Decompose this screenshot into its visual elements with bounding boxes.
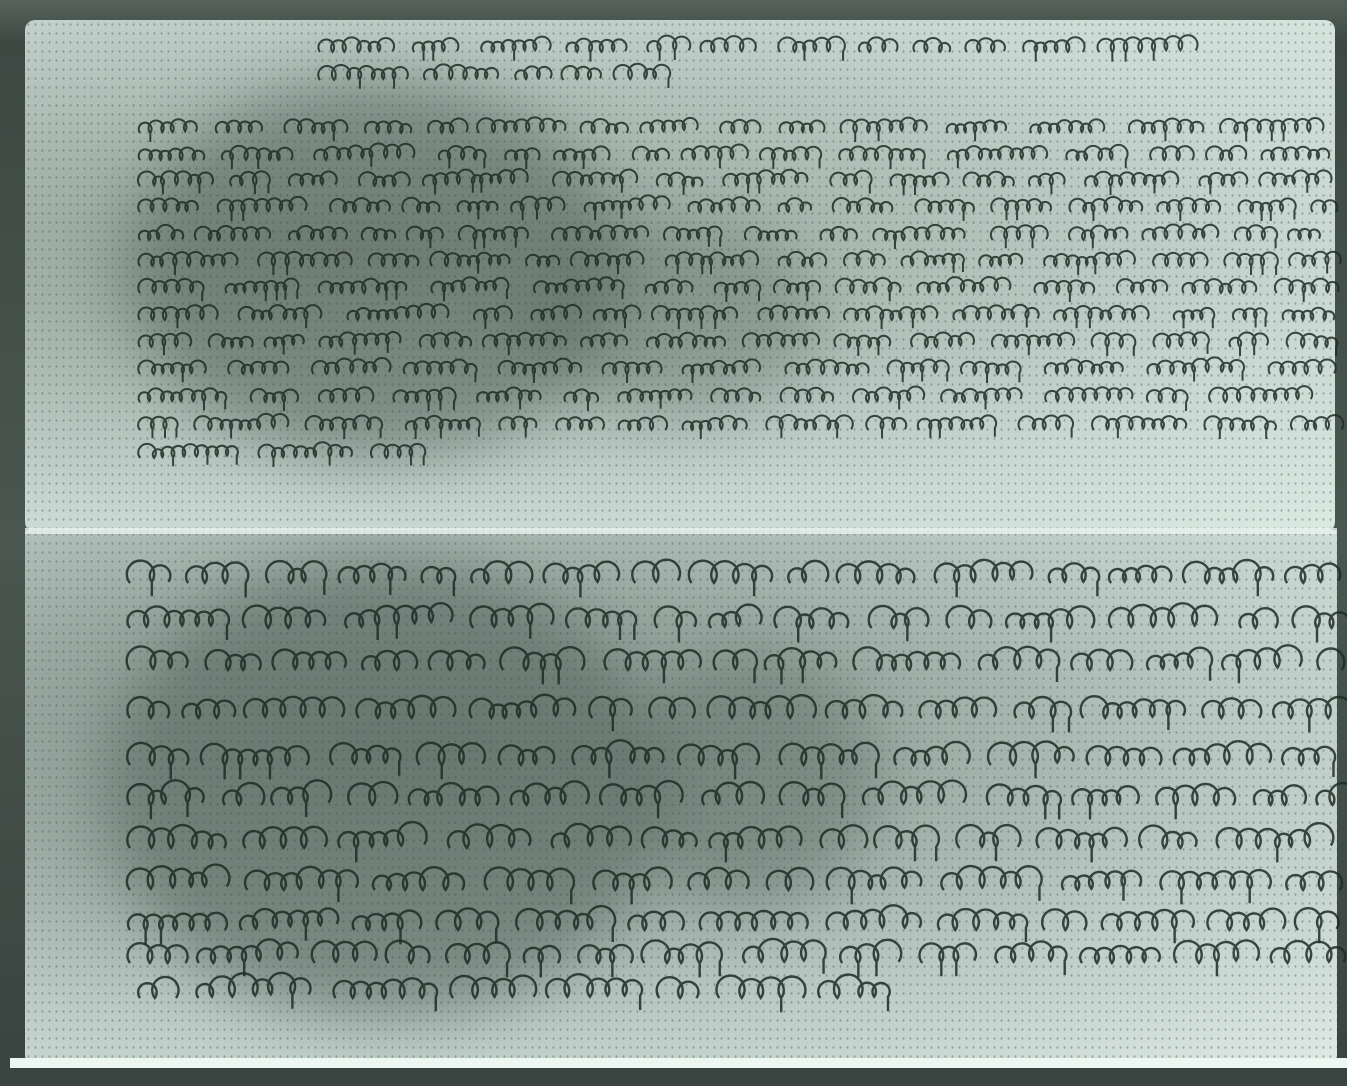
handwritten-line: [138, 251, 1340, 275]
handwritten-line: [139, 224, 1320, 249]
handwritten-line: [127, 865, 1342, 905]
handwritten-line: [127, 740, 1335, 779]
handwritten-text-layer: [0, 0, 1347, 1086]
handwritten-line: [138, 414, 1343, 439]
handwritten-line: [127, 560, 1340, 598]
handwritten-line: [127, 780, 1347, 819]
handwritten-line: [139, 117, 1324, 142]
handwritten-line: [318, 64, 670, 89]
handwritten-line: [139, 332, 1338, 356]
handwritten-line: [138, 169, 1332, 195]
handwritten-line: [139, 143, 1330, 169]
handwritten-line: [128, 905, 1339, 944]
handwritten-line: [127, 645, 1345, 684]
handwritten-line: [138, 277, 1338, 302]
handwritten-line: [138, 357, 1335, 383]
handwritten-line: [318, 35, 1197, 61]
handwritten-line: [138, 304, 1334, 329]
handwritten-line: [139, 386, 1313, 411]
handwritten-line: [127, 695, 1347, 733]
handwritten-line: [138, 442, 425, 467]
handwritten-line: [127, 822, 1333, 862]
handwritten-line: [138, 195, 1337, 221]
handwritten-line: [127, 603, 1347, 642]
handwritten-line: [138, 973, 890, 1013]
handwritten-line: [128, 939, 1346, 978]
